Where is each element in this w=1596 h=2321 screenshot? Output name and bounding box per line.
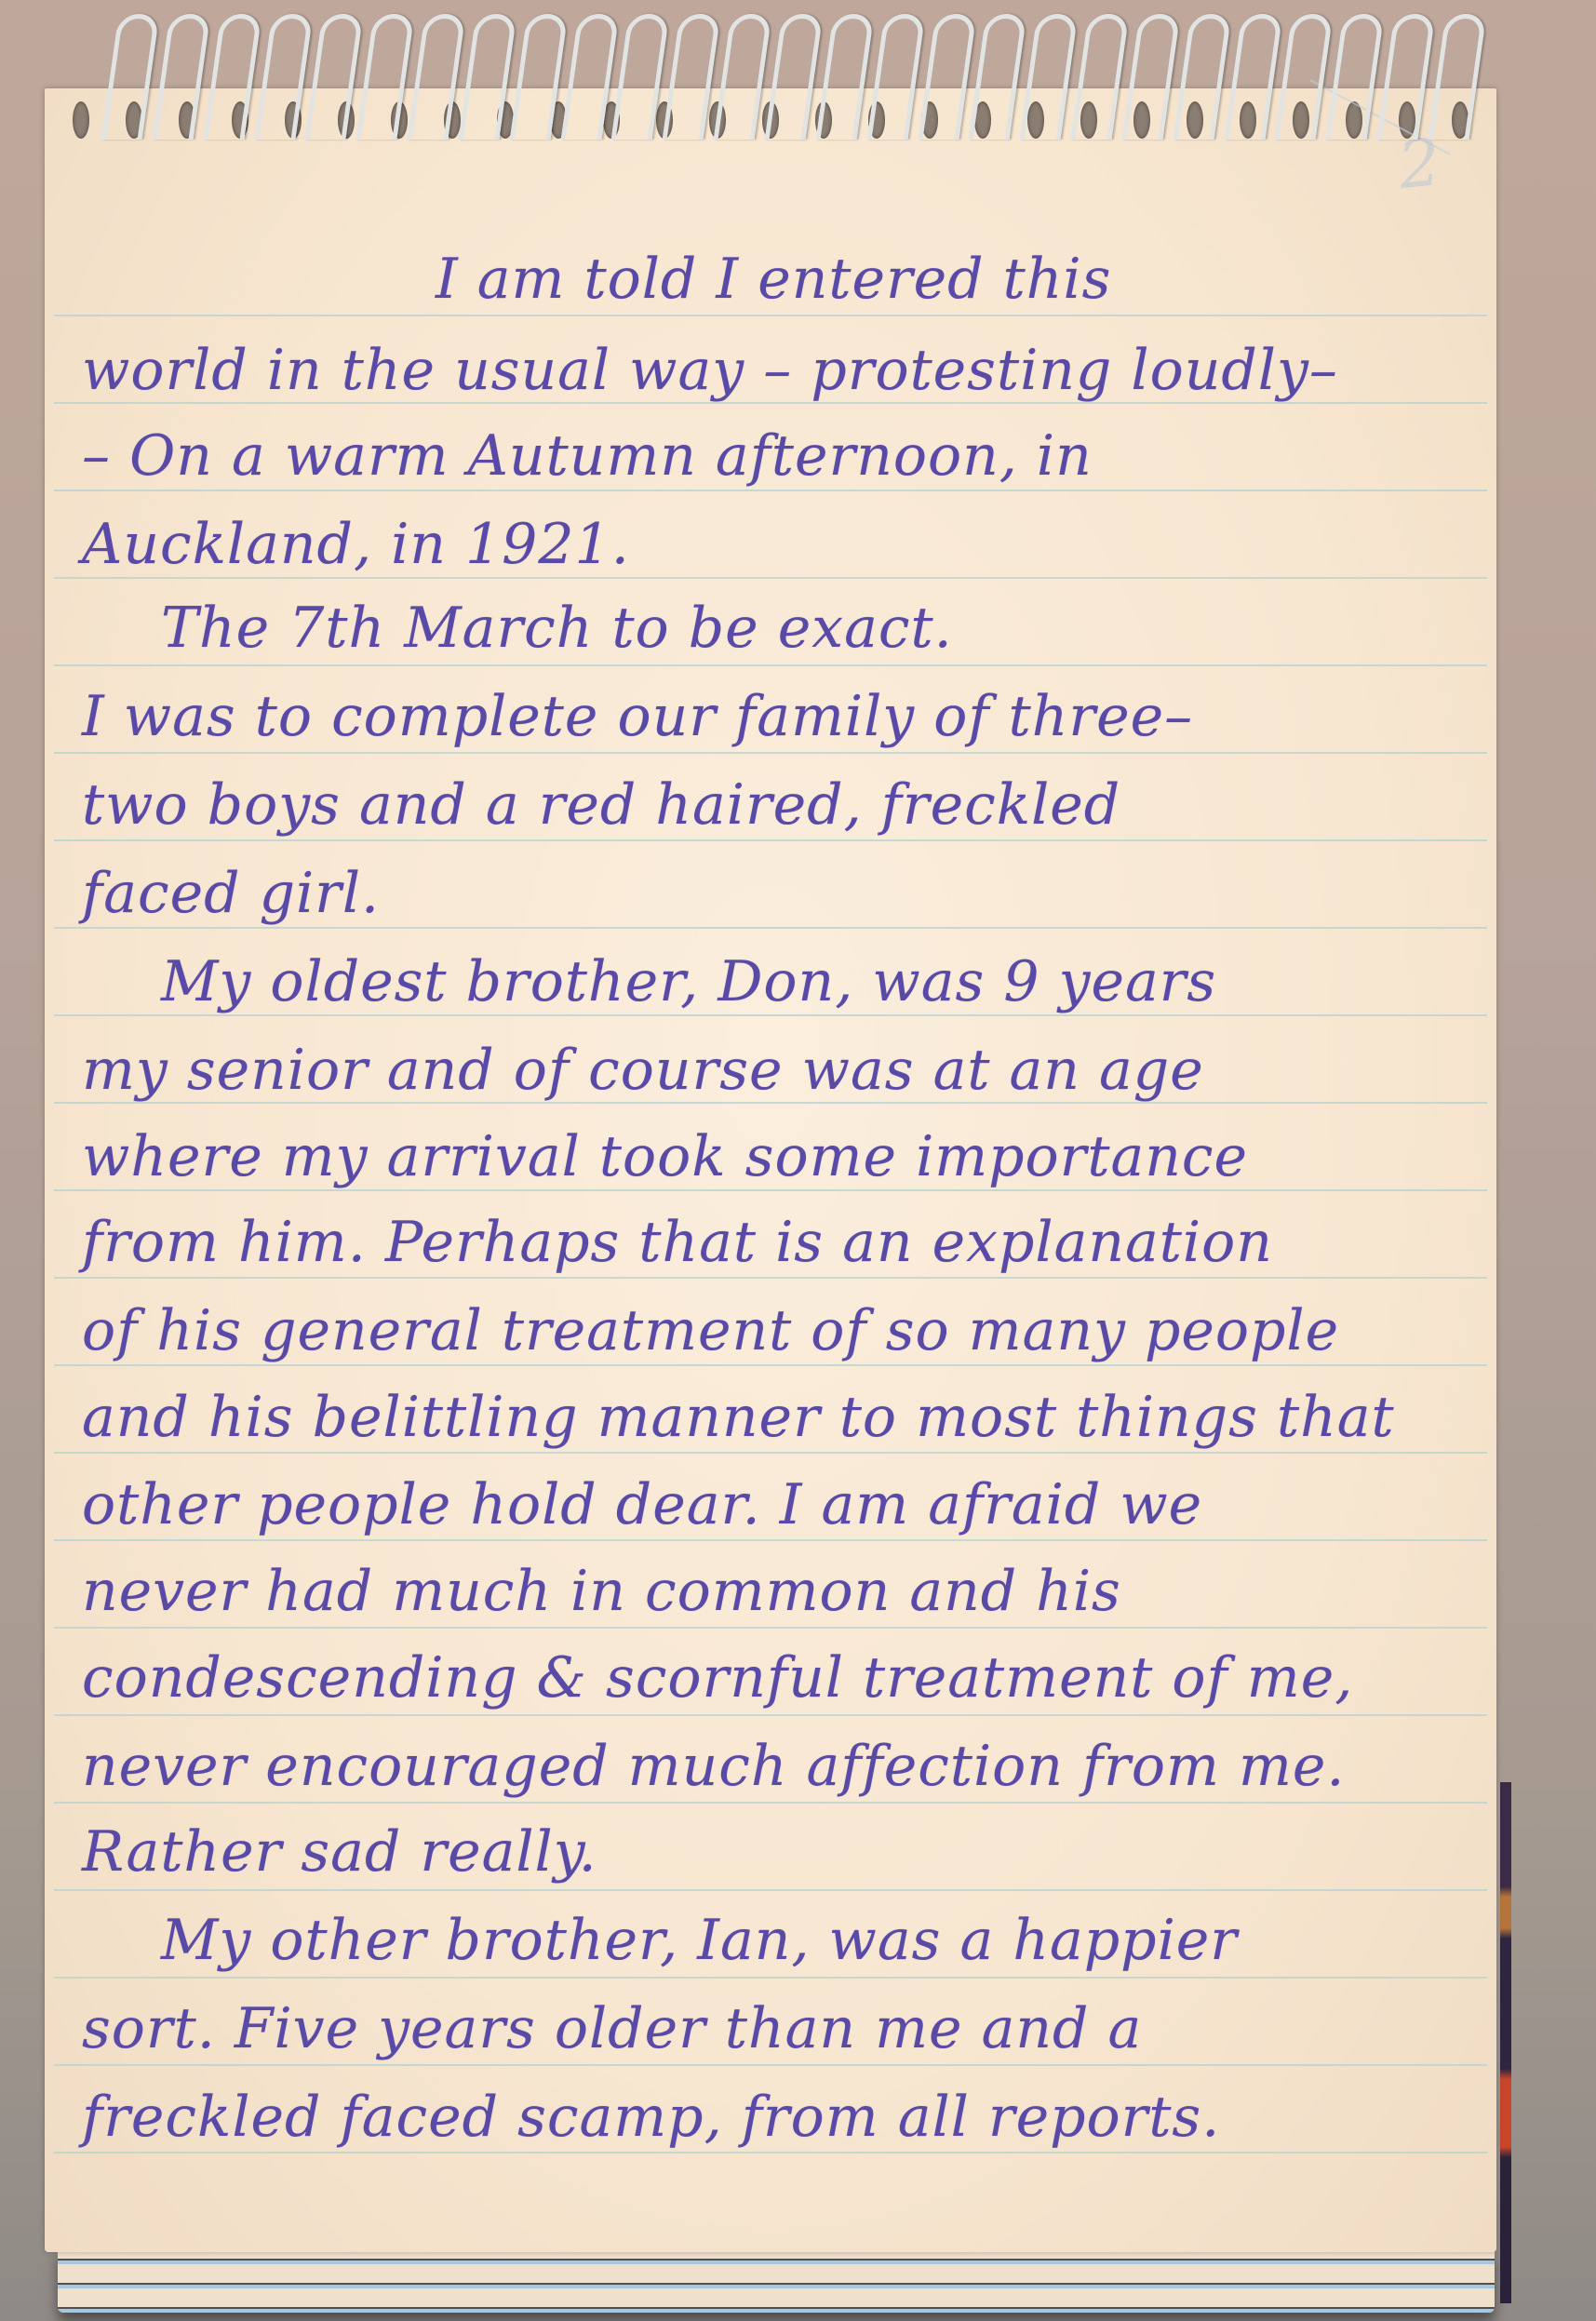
- handwritten-line: My other brother, Ian, was a happier: [82, 1908, 1478, 1973]
- handwritten-line: Rather sad really.: [82, 1819, 1478, 1885]
- handwritten-line: and his belittling manner to most things…: [82, 1385, 1478, 1450]
- handwritten-line: two boys and a red haired, freckled: [82, 772, 1478, 838]
- handwritten-line: sort. Five years older than me and a: [82, 1996, 1478, 2061]
- handwritten-line: freckled faced scamp, from all reports.: [82, 2085, 1478, 2150]
- handwritten-line: other people hold dear. I am afraid we: [82, 1472, 1478, 1537]
- handwritten-line: Auckland, in 1921.: [82, 512, 1478, 577]
- cover-edge: [1500, 1782, 1511, 2303]
- notebook-page: 2 I am told I entered this world in the …: [45, 88, 1496, 2252]
- page-stack-edge: [58, 2247, 1495, 2313]
- handwritten-line: The 7th March to be exact.: [82, 596, 1478, 661]
- handwritten-line: world in the usual way – protesting loud…: [82, 338, 1478, 403]
- spiral-binding: [110, 14, 1478, 144]
- handwritten-line: from him. Perhaps that is an explanation: [82, 1210, 1478, 1275]
- handwritten-line: where my arrival took some importance: [82, 1124, 1478, 1189]
- handwritten-line: I am told I entered this: [82, 247, 1478, 312]
- handwritten-line: I was to complete our family of three–: [82, 684, 1478, 749]
- handwritten-line: never had much in common and his: [82, 1559, 1478, 1624]
- handwritten-line: my senior and of course was at an age: [82, 1038, 1478, 1103]
- handwritten-line: condescending & scornful treatment of me…: [82, 1645, 1478, 1711]
- handwritten-line: My oldest brother, Don, was 9 years: [82, 949, 1478, 1014]
- handwritten-line: – On a warm Autumn afternoon, in: [82, 423, 1478, 489]
- handwritten-line: of his general treatment of so many peop…: [82, 1298, 1478, 1363]
- handwritten-line: never encouraged much affection from me.: [82, 1734, 1478, 1799]
- notebook: 2 I am told I entered this world in the …: [45, 88, 1515, 2303]
- handwritten-line: faced girl.: [82, 861, 1478, 926]
